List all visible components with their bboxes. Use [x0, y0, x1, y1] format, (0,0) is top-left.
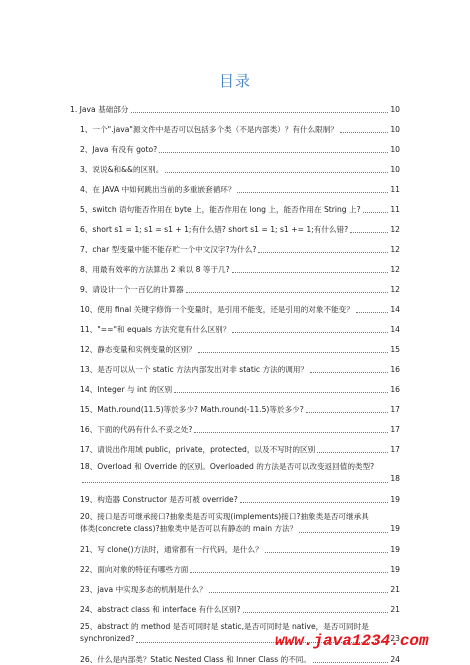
leader-dots	[299, 532, 388, 533]
toc-entry-label: 13、是否可以从一个 static 方法内部发出对非 static 方法的调用？	[80, 365, 308, 375]
toc-entry-label: 21、写 clone()方法时，通常都有一行代码，是什么？	[80, 545, 263, 555]
toc-entry[interactable]: 3、说说&和&&的区别。10	[70, 155, 400, 175]
toc-entry-label: 22、面向对象的特征有哪些方面	[80, 565, 188, 575]
toc-entry[interactable]: 20、接口是否可继承接口?抽象类是否可实现(implements)接口?抽象类是…	[70, 505, 400, 535]
toc-title: 目录	[0, 70, 470, 91]
toc-entry[interactable]: 7、char 型变量中能不能存贮一个中文汉字?为什么?12	[70, 235, 400, 255]
toc-page-number: 14	[390, 305, 400, 315]
toc-entry[interactable]: 18、Overload 和 Override 的区别。Overloaded 的方…	[70, 455, 400, 485]
leader-dots	[340, 132, 388, 133]
toc-page-number: 19	[390, 523, 400, 535]
toc-entry[interactable]: 21、写 clone()方法时，通常都有一行代码，是什么？19	[70, 535, 400, 555]
toc-entry-label: 24、abstract class 和 interface 有什么区别?	[80, 605, 241, 615]
leader-dots	[240, 502, 388, 503]
toc-page-number: 12	[390, 245, 400, 255]
leader-dots	[159, 152, 388, 153]
toc-entry-label-continued: synchronized?	[80, 633, 134, 645]
toc-entry[interactable]: 11、"=="和 equals 方法究竟有什么区别？14	[70, 315, 400, 335]
toc-entry[interactable]: 10、使用 final 关键字修饰一个变量时，是引用不能变，还是引用的对象不能变…	[70, 295, 400, 315]
leader-dots	[209, 592, 388, 593]
toc-page-number: 12	[390, 225, 400, 235]
leader-dots	[174, 392, 388, 393]
leader-dots	[131, 112, 389, 113]
leader-dots	[237, 192, 388, 193]
toc-entry[interactable]: 17、请说出作用域 public，private，protected，以及不写时…	[70, 435, 400, 455]
toc-page-number: 17	[390, 405, 400, 415]
leader-dots	[265, 552, 388, 553]
toc-entry-label: 2、Java 有没有 goto?	[80, 145, 157, 155]
toc-page-number: 11	[390, 185, 400, 195]
leader-dots	[194, 432, 388, 433]
toc-entry-label: 14、Integer 与 int 的区别	[80, 385, 172, 395]
toc-entry-label: 6、short s1 = 1; s1 = s1 + 1;有什么错? short …	[80, 225, 348, 235]
leader-dots	[198, 352, 388, 353]
toc-page-number: 19	[390, 565, 400, 575]
toc-entry-label: 17、请说出作用域 public，private，protected，以及不写时…	[80, 445, 315, 455]
leader-dots	[313, 662, 388, 663]
leader-dots	[317, 452, 388, 453]
toc-page-number: 10	[390, 165, 400, 175]
toc-entry[interactable]: 19、构造器 Constructor 是否可被 override?19	[70, 485, 400, 505]
toc-page-number: 12	[390, 285, 400, 295]
toc-entry-label: 23、java 中实现多态的机制是什么？	[80, 585, 207, 595]
leader-dots	[232, 272, 388, 273]
leader-dots	[82, 482, 388, 483]
leader-dots	[356, 312, 388, 313]
toc-page-number: 12	[390, 265, 400, 275]
toc-page-number: 10	[390, 145, 400, 155]
toc-section-java-basics[interactable]: 1. Java 基础部分 10	[70, 95, 400, 115]
toc-entry-label: 10、使用 final 关键字修饰一个变量时，是引用不能变，还是引用的对象不能变…	[80, 305, 354, 315]
toc-entry-label: 1、一个".java"源文件中是否可以包括多个类（不是内部类）？有什么限制？	[80, 125, 338, 135]
toc-entry[interactable]: 16、下面的代码有什么不妥之处?17	[70, 415, 400, 435]
leader-dots	[306, 412, 388, 413]
toc-entry[interactable]: 2、Java 有没有 goto?10	[70, 135, 400, 155]
toc-entry-label: 26、什么是内部类？Static Nested Class 和 Inner Cl…	[80, 655, 311, 665]
toc-page-number: 10	[390, 125, 400, 135]
leader-dots	[165, 172, 388, 173]
toc-page-number: 19	[390, 545, 400, 555]
toc-page-number: 24	[390, 655, 400, 665]
toc-entry-label: 9、请设计一个一百亿的计算器	[80, 285, 184, 295]
toc-page-number: 17	[390, 445, 400, 455]
leader-dots	[243, 612, 388, 613]
toc-entry-label: 16、下面的代码有什么不妥之处?	[80, 425, 192, 435]
toc-page-number: 21	[390, 585, 400, 595]
toc-page-number: 11	[390, 205, 400, 215]
leader-dots	[186, 292, 388, 293]
toc-entry[interactable]: 8、用最有效率的方法算出 2 乘以 8 等于几?12	[70, 255, 400, 275]
toc-page-number: 10	[390, 105, 400, 115]
toc-page-number: 16	[390, 365, 400, 375]
toc-entry[interactable]: 6、short s1 = 1; s1 = s1 + 1;有什么错? short …	[70, 215, 400, 235]
toc-entry[interactable]: 13、是否可以从一个 static 方法内部发出对非 static 方法的调用？…	[70, 355, 400, 375]
toc-entry-label: 8、用最有效率的方法算出 2 乘以 8 等于几?	[80, 265, 230, 275]
toc-entry-label: 12、静态变量和实例变量的区别？	[80, 345, 196, 355]
toc-entry[interactable]: 15、Math.round(11.5)等於多少? Math.round(-11.…	[70, 395, 400, 415]
toc-entry[interactable]: 5、switch 语句能否作用在 byte 上，能否作用在 long 上，能否作…	[70, 195, 400, 215]
leader-dots	[232, 332, 388, 333]
toc-entry[interactable]: 9、请设计一个一百亿的计算器12	[70, 275, 400, 295]
toc-entry-label: 5、switch 语句能否作用在 byte 上，能否作用在 long 上，能否作…	[80, 205, 361, 215]
toc-entry-label: 7、char 型变量中能不能存贮一个中文汉字?为什么?	[80, 245, 256, 255]
toc-page-number: 18	[390, 473, 400, 485]
toc-entry[interactable]: 4、在 JAVA 中如何跳出当前的多重嵌套循环？11	[70, 175, 400, 195]
toc-entry-label: 11、"=="和 equals 方法究竟有什么区别？	[80, 325, 230, 335]
toc-entry-label: 19、构造器 Constructor 是否可被 override?	[80, 495, 238, 505]
toc-entry-label: 18、Overload 和 Override 的区别。Overloaded 的方…	[80, 461, 400, 473]
toc-page-number: 16	[390, 385, 400, 395]
toc-entry-label: 3、说说&和&&的区别。	[80, 165, 163, 175]
leader-dots	[310, 372, 388, 373]
watermark-url: www.java1234.com	[275, 632, 429, 650]
leader-dots	[258, 252, 388, 253]
toc-entry[interactable]: 24、abstract class 和 interface 有什么区别?21	[70, 595, 400, 615]
toc-page-number: 17	[390, 425, 400, 435]
toc-entry[interactable]: 23、java 中实现多态的机制是什么？21	[70, 575, 400, 595]
toc-entry-label: 1. Java 基础部分	[70, 105, 129, 115]
toc-entry-label-continued: 体类(concrete class)?抽象类中是否可以有静态的 main 方法？	[80, 523, 297, 535]
toc-entry-label: 20、接口是否可继承接口?抽象类是否可实现(implements)接口?抽象类是…	[80, 511, 400, 523]
leader-dots	[190, 572, 388, 573]
leader-dots	[350, 232, 388, 233]
toc-entry[interactable]: 22、面向对象的特征有哪些方面19	[70, 555, 400, 575]
toc-page-number: 15	[390, 345, 400, 355]
toc-entry[interactable]: 1、一个".java"源文件中是否可以包括多个类（不是内部类）？有什么限制？10	[70, 115, 400, 135]
toc-page-number: 21	[390, 605, 400, 615]
table-of-contents: 1. Java 基础部分 10 1、一个".java"源文件中是否可以包括多个类…	[70, 95, 400, 665]
toc-page-number: 19	[390, 495, 400, 505]
leader-dots	[363, 212, 388, 213]
toc-entry[interactable]: 12、静态变量和实例变量的区别？15	[70, 335, 400, 355]
toc-entry-label: 4、在 JAVA 中如何跳出当前的多重嵌套循环？	[80, 185, 235, 195]
document-page: 目录 1. Java 基础部分 10 1、一个".java"源文件中是否可以包括…	[0, 0, 470, 665]
toc-page-number: 14	[390, 325, 400, 335]
toc-entry-label: 15、Math.round(11.5)等於多少? Math.round(-11.…	[80, 405, 304, 415]
toc-entry[interactable]: 14、Integer 与 int 的区别16	[70, 375, 400, 395]
